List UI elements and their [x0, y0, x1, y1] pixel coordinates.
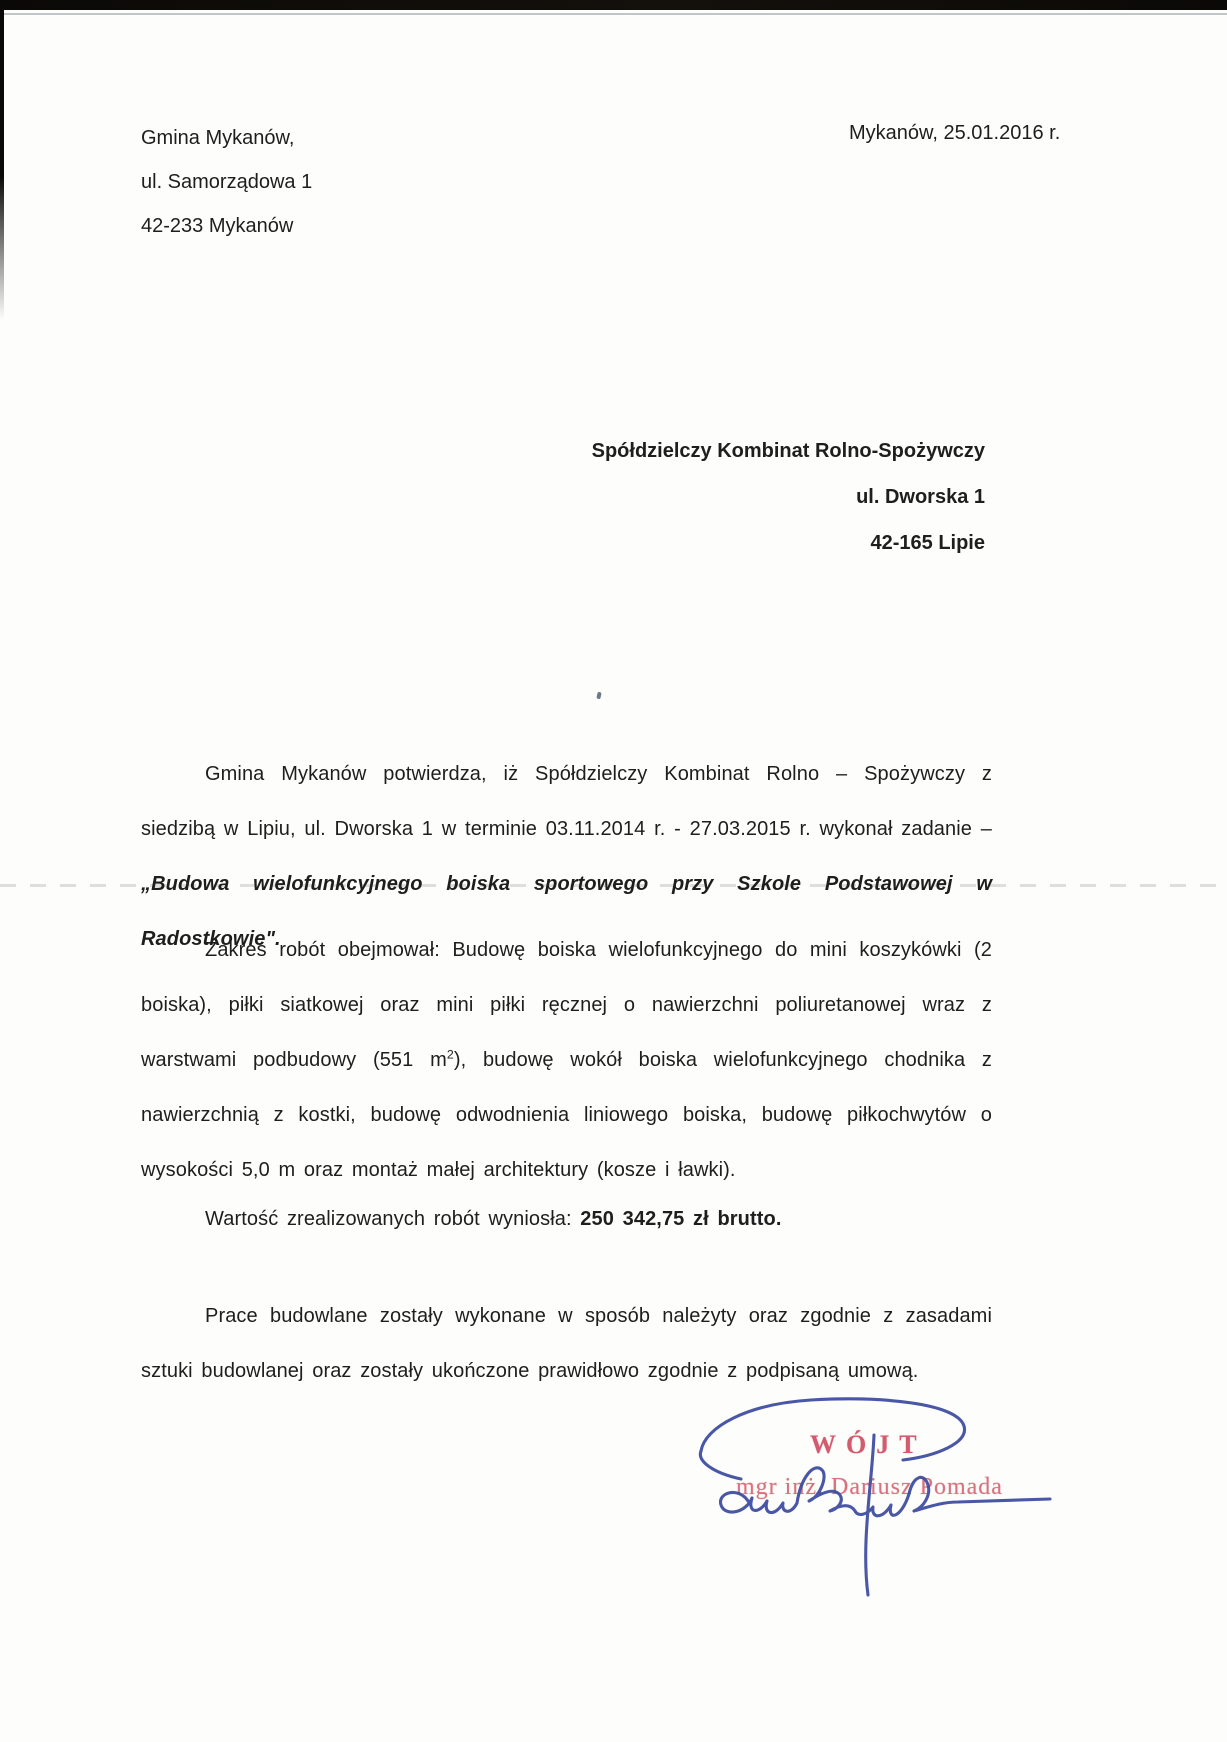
signature-scribble-stroke — [720, 1468, 1050, 1516]
sender-street: ul. Samorządowa 1 — [141, 160, 312, 204]
recipient-block: Spółdzielczy Kombinat Rolno-Spożywczy ul… — [592, 428, 985, 566]
paragraph-value-label: Wartość zrealizowanych robót wyniosła: — [205, 1208, 580, 1230]
signature-oval-stroke — [701, 1399, 965, 1460]
sender-name: Gmina Mykanów, — [141, 116, 312, 160]
signature-oval-tail — [700, 1451, 741, 1479]
scanned-letter-page: Gmina Mykanów, ul. Samorządowa 1 42-233 … — [0, 0, 1227, 1742]
paragraph-confirmation-text: Gmina Mykanów potwierdza, iż Spółdzielcz… — [141, 763, 992, 840]
scan-artifact-speck — [596, 692, 601, 700]
sender-city: 42-233 Mykanów — [141, 204, 312, 248]
square-meter-superscript: 2 — [447, 1047, 454, 1061]
sender-block: Gmina Mykanów, ul. Samorządowa 1 42-233 … — [141, 116, 312, 248]
signature-vertical-stroke — [866, 1435, 874, 1595]
paragraph-quality-text: Prace budowlane zostały wykonane w sposó… — [141, 1305, 992, 1382]
paragraph-scope: Zakres robót obejmował: Budowę boiska wi… — [141, 923, 992, 1198]
handwritten-signature — [635, 1393, 1075, 1608]
scan-artifact-paper-edge — [0, 13, 1227, 15]
paragraph-value: Wartość zrealizowanych robót wyniosła: 2… — [141, 1192, 992, 1247]
recipient-city: 42-165 Lipie — [592, 520, 985, 566]
contract-value: 250 342,75 zł brutto. — [580, 1208, 781, 1230]
recipient-street: ul. Dworska 1 — [592, 474, 985, 520]
recipient-name: Spółdzielczy Kombinat Rolno-Spożywczy — [592, 428, 985, 474]
letter-date: Mykanów, 25.01.2016 r. — [849, 122, 1060, 145]
scan-artifact-left-strip — [0, 0, 4, 320]
scan-artifact-top-bar — [0, 0, 1227, 10]
paragraph-quality: Prace budowlane zostały wykonane w sposó… — [141, 1289, 992, 1399]
